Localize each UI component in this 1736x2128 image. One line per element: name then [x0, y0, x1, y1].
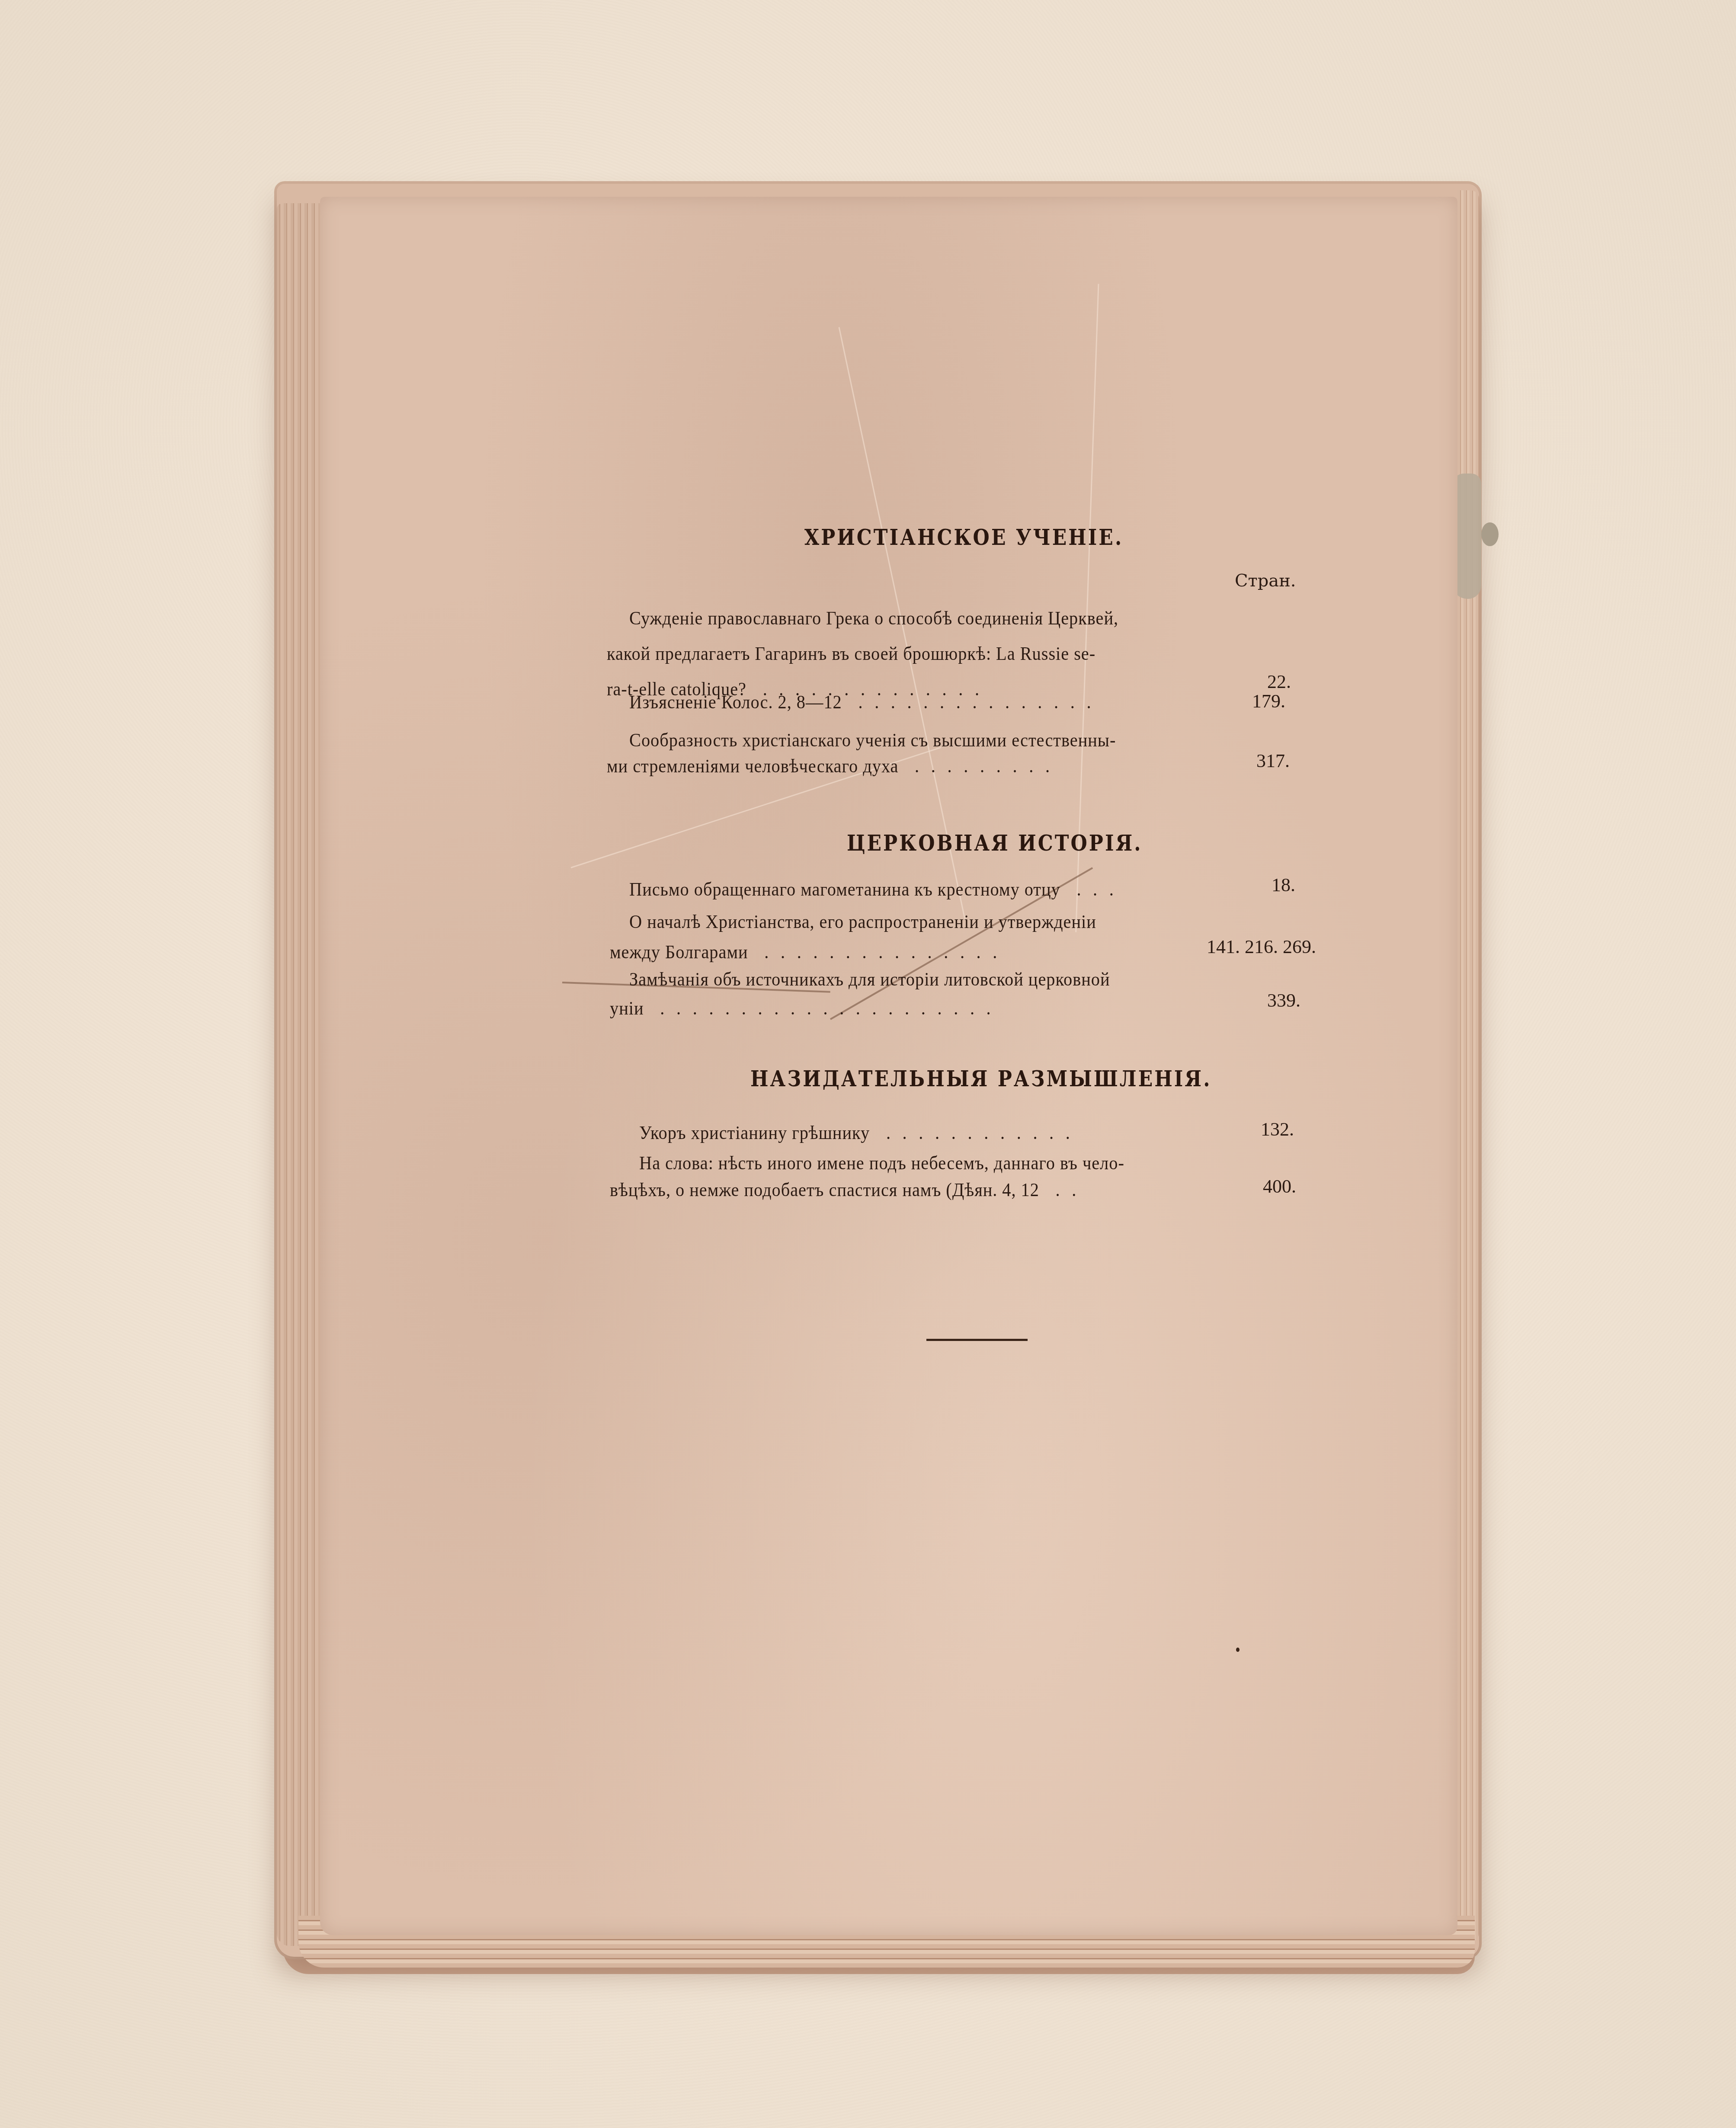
entry-line: уніи .....................: [610, 999, 1003, 1018]
page-number: 339.: [1267, 991, 1300, 1010]
section-title-edifying-reflections: НАЗИДАТЕЛЬНЫЯ РАЗМЫШЛЕНІЯ.: [750, 1066, 1211, 1092]
entry-line: между Болгарами ...............: [610, 943, 1009, 962]
page-number: 400.: [1263, 1177, 1296, 1196]
table-of-contents: ХРИСТІАНСКОЕ УЧЕНІЕ. Стран. Сужденіе пра…: [0, 0, 1736, 2128]
page-number: 132.: [1261, 1120, 1294, 1139]
entry-line: Письмо обращеннаго магометанина къ крест…: [629, 880, 1126, 899]
entry-line: Изъясненіе Колос. 2, 8—12 ..............…: [629, 693, 1103, 712]
entry-text: Письмо обращеннаго магометанина къ крест…: [629, 879, 1060, 900]
section-divider-rule: [926, 1339, 1028, 1341]
leader-dots: ............: [870, 1122, 1082, 1143]
entry-text: Изъясненіе Колос. 2, 8—12: [629, 691, 842, 713]
page-number: 179.: [1252, 692, 1285, 711]
entry-text: вѣцѣхъ, о немже подобаетъ спастися намъ …: [610, 1179, 1039, 1200]
entry-line: Укоръ христіанину грѣшнику ............: [639, 1123, 1082, 1142]
section-title-christian-teaching: ХРИСТІАНСКОЕ УЧЕНІЕ.: [804, 525, 1123, 550]
entry-line: ми стремленіями человѣческаго духа .....…: [607, 757, 1062, 776]
entry-text: ми стремленіями человѣческаго духа: [607, 755, 898, 777]
leader-dots: ..: [1039, 1179, 1088, 1200]
leader-dots: ...............: [842, 691, 1103, 713]
page-number: 18.: [1272, 876, 1295, 895]
page-number: 141. 216. 269.: [1207, 938, 1316, 957]
leader-dots: .........: [898, 755, 1061, 777]
page-column-header: Стран.: [1235, 571, 1296, 591]
entry-line: Сужденіе православнаго Грека о способѣ с…: [629, 609, 1118, 628]
ink-speck: [1236, 1648, 1240, 1652]
entry-text: между Болгарами: [610, 941, 748, 963]
section-title-church-history: ЦЕРКОВНАЯ ИСТОРІЯ.: [847, 831, 1143, 856]
page-number: 22.: [1267, 672, 1291, 691]
leader-dots: .....................: [644, 998, 1003, 1019]
entry-text: Укоръ христіанину грѣшнику: [639, 1122, 870, 1143]
entry-line: вѣцѣхъ, о немже подобаетъ спастися намъ …: [610, 1181, 1088, 1200]
leader-dots: ...............: [748, 941, 1009, 963]
entry-text: уніи: [610, 998, 644, 1019]
entry-line: О началѣ Христіанства, его распространен…: [629, 912, 1096, 931]
entry-line: какой предлагаетъ Гагаринъ въ своей брош…: [607, 644, 1095, 663]
entry-line: На слова: нѣсть иного имене подъ небесем…: [639, 1154, 1124, 1173]
entry-line: Замѣчанія объ источникахъ для исторіи ли…: [629, 970, 1110, 989]
page-number: 317.: [1256, 752, 1290, 771]
leader-dots: ...: [1060, 879, 1126, 900]
entry-line: Сообразность христіанскаго ученія съ выс…: [629, 731, 1116, 750]
